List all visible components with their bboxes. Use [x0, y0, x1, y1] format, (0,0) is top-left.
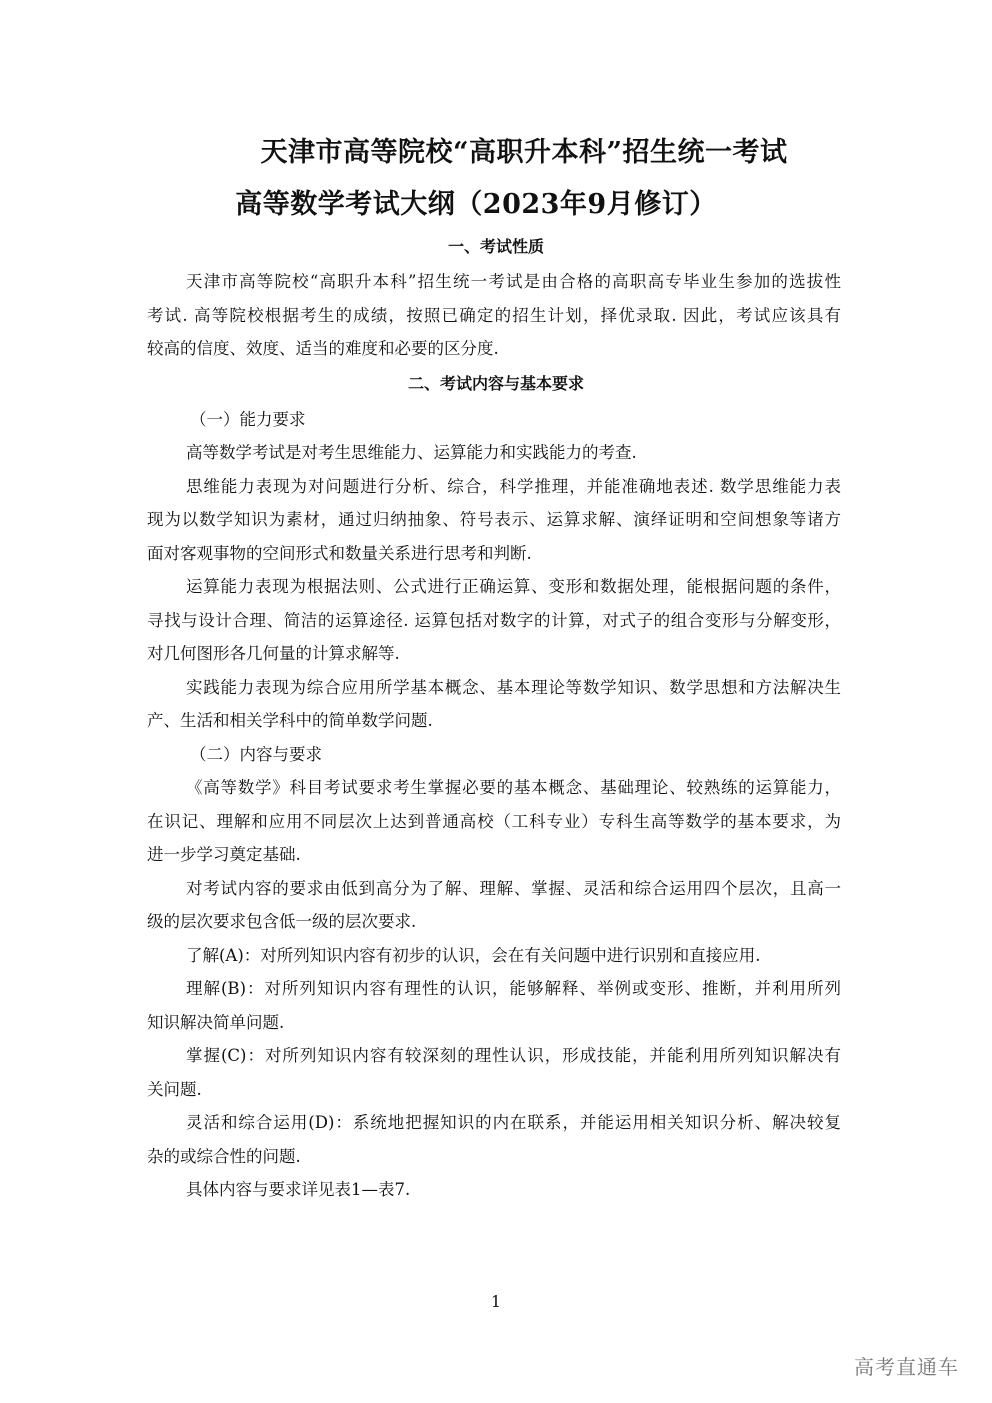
paragraph-line: 具体内容与要求详见表1—表7.: [186, 1176, 410, 1200]
paragraph-line: 对考试内容的要求由低到高分为了解、理解、掌握、灵活和综合运用四个层次，且高一: [186, 875, 841, 899]
paragraph-line: 考试. 高等院校根据考生的成绩，按照已确定的招生计划，择优录取. 因此，考试应该…: [147, 302, 841, 326]
paragraph-line: 寻找与设计合理、简洁的运算途径. 运算包括对数字的计算，对式子的组合变形与分解变…: [147, 607, 841, 631]
section-heading-content-requirements: 二、考试内容与基本要求: [0, 371, 992, 394]
paragraph-line: 对几何图形各几何量的计算求解等.: [147, 640, 400, 664]
paragraph-line: 天津市高等院校“高职升本科”招生统一考试是由合格的高职高专毕业生参加的选拔性: [186, 268, 841, 292]
level-definition-d: 灵活和综合运用(D)：系统地把握知识的内在联系，并能运用相关知识分析、解决较复: [186, 1109, 841, 1133]
page-number: 1: [0, 1292, 992, 1311]
section-heading-exam-nature: 一、考试性质: [0, 234, 992, 257]
subsection-heading-ability: （一）能力要求: [190, 406, 306, 430]
watermark: 高考直通车: [854, 1351, 959, 1380]
paragraph-line: 面对客观事物的空间形式和数量关系进行思考和判断.: [147, 540, 532, 564]
document-subtitle: 高等数学考试大纲（2023年9月修订）: [0, 182, 972, 221]
paragraph-line: 关问题.: [147, 1076, 202, 1100]
level-definition-b: 理解(B)：对所列知识内容有理性的认识，能够解释、举例或变形、推断，并利用所列: [186, 975, 841, 999]
paragraph-line: 知识解决简单问题.: [147, 1009, 284, 1033]
paragraph-line: 思维能力表现为对问题进行分析、综合，科学推理，并能准确地表述. 数学思维能力表: [186, 473, 841, 497]
level-definition-c: 掌握(C)：对所列知识内容有较深刻的理性认识，形成技能，并能利用所列知识解决有: [186, 1042, 841, 1066]
subsection-heading-content: （二）内容与要求: [190, 741, 322, 765]
paragraph-line: 运算能力表现为根据法则、公式进行正确运算、变形和数据处理，能根据问题的条件，: [186, 573, 841, 597]
paragraph-line: 《高等数学》科目考试要求考生掌握必要的基本概念、基础理论、较熟练的运算能力，: [186, 774, 841, 798]
paragraph-line: 级的层次要求包含低一级的层次要求.: [147, 908, 416, 932]
paragraph-line: 杂的或综合性的问题.: [147, 1143, 301, 1167]
paragraph-line: 高等数学考试是对考生思维能力、运算能力和实践能力的考查.: [186, 439, 637, 463]
paragraph-line: 较高的信度、效度、适当的难度和必要的区分度.: [147, 335, 499, 359]
document-title: 天津市高等院校“高职升本科”招生统一考试: [28, 130, 992, 169]
paragraph-line: 在识记、理解和应用不同层次上达到普通高校（工科专业）专科生高等数学的基本要求，为: [147, 808, 841, 832]
paragraph-line: 进一步学习奠定基础.: [147, 841, 301, 865]
level-definition-a: 了解(A)：对所列知识内容有初步的认识，会在有关问题中进行识别和直接应用.: [186, 942, 761, 966]
paragraph-line: 现为以数学知识为素材，通过归纳抽象、符号表示、运算求解、演绎证明和空间想象等诸方: [147, 506, 841, 530]
paragraph-line: 产、生活和相关学科中的简单数学问题.: [147, 707, 433, 731]
paragraph-line: 实践能力表现为综合应用所学基本概念、基本理论等数学知识、数学思想和方法解决生: [186, 674, 841, 698]
